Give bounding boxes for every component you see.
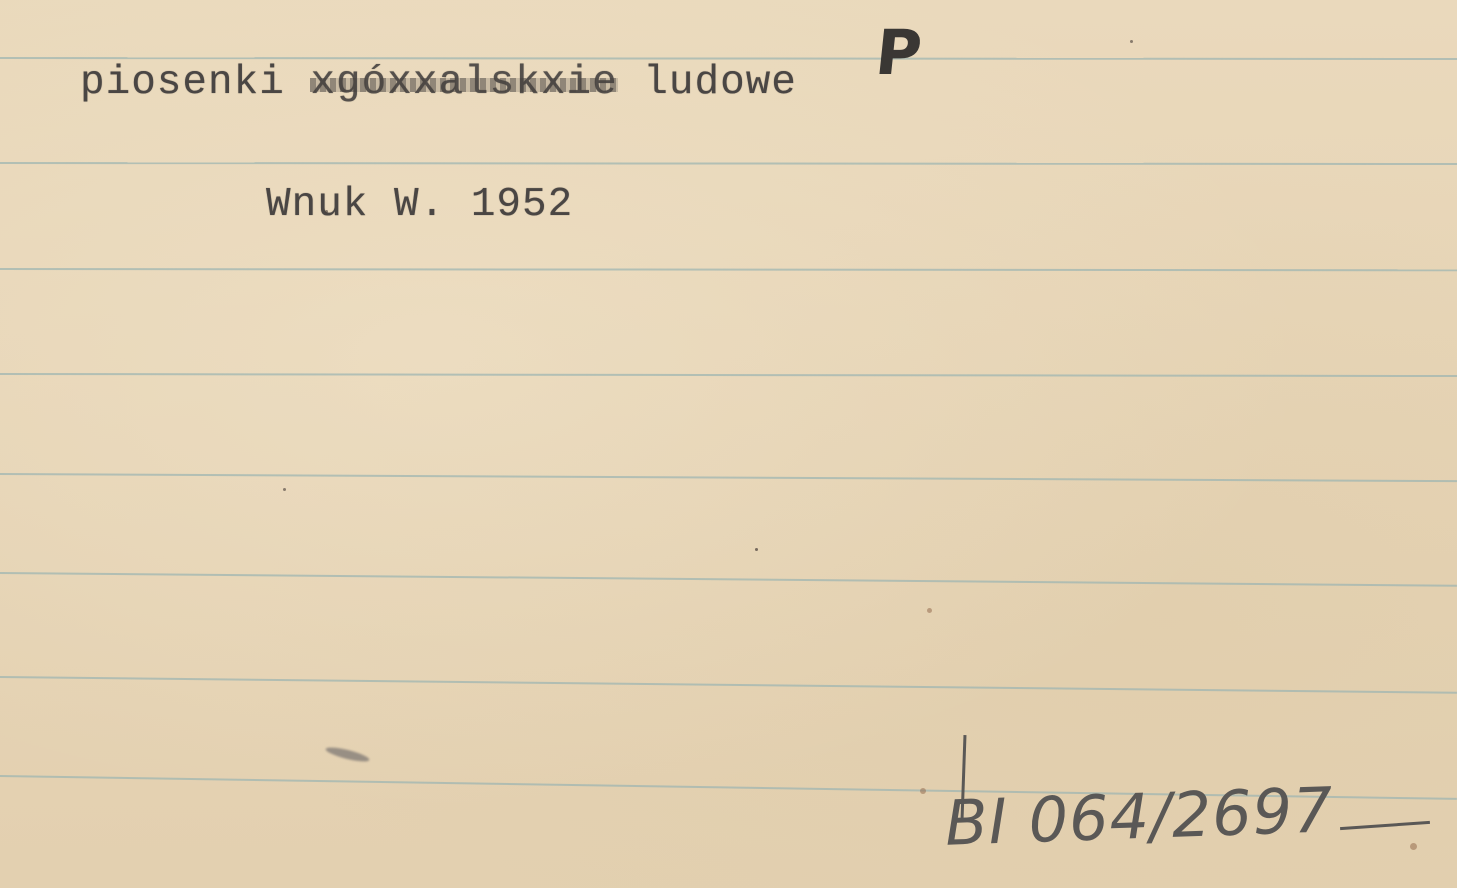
ruled-line <box>0 162 1457 165</box>
paper-speck <box>283 488 286 491</box>
subject-suffix: ludowe <box>618 60 797 106</box>
paper-speck <box>1410 843 1417 850</box>
paper-speck <box>920 788 926 794</box>
author-line: Wnuk W. 1952 <box>266 182 573 228</box>
ruled-line <box>0 676 1457 694</box>
paper-speck <box>1130 40 1133 43</box>
ruled-line <box>0 268 1457 271</box>
index-card: piosenki xgóxxalskxie ludowe P Wnuk W. 1… <box>0 0 1457 888</box>
subject-heading: piosenki xgóxxalskxie ludowe <box>80 60 797 106</box>
paper-speck <box>325 210 328 213</box>
paper-speck <box>755 548 758 551</box>
pencil-smudge <box>325 745 371 765</box>
ruled-line <box>0 473 1457 482</box>
ruled-line <box>0 373 1457 377</box>
subject-prefix: piosenki <box>80 60 310 106</box>
struck-out-word: xgóxxalskxie <box>310 60 617 106</box>
call-number: BI 064/2697 <box>944 773 1335 860</box>
paper-speck <box>927 608 932 613</box>
corner-mark: P <box>872 16 925 89</box>
ruled-line <box>0 572 1457 587</box>
call-number-underline <box>1340 821 1430 830</box>
